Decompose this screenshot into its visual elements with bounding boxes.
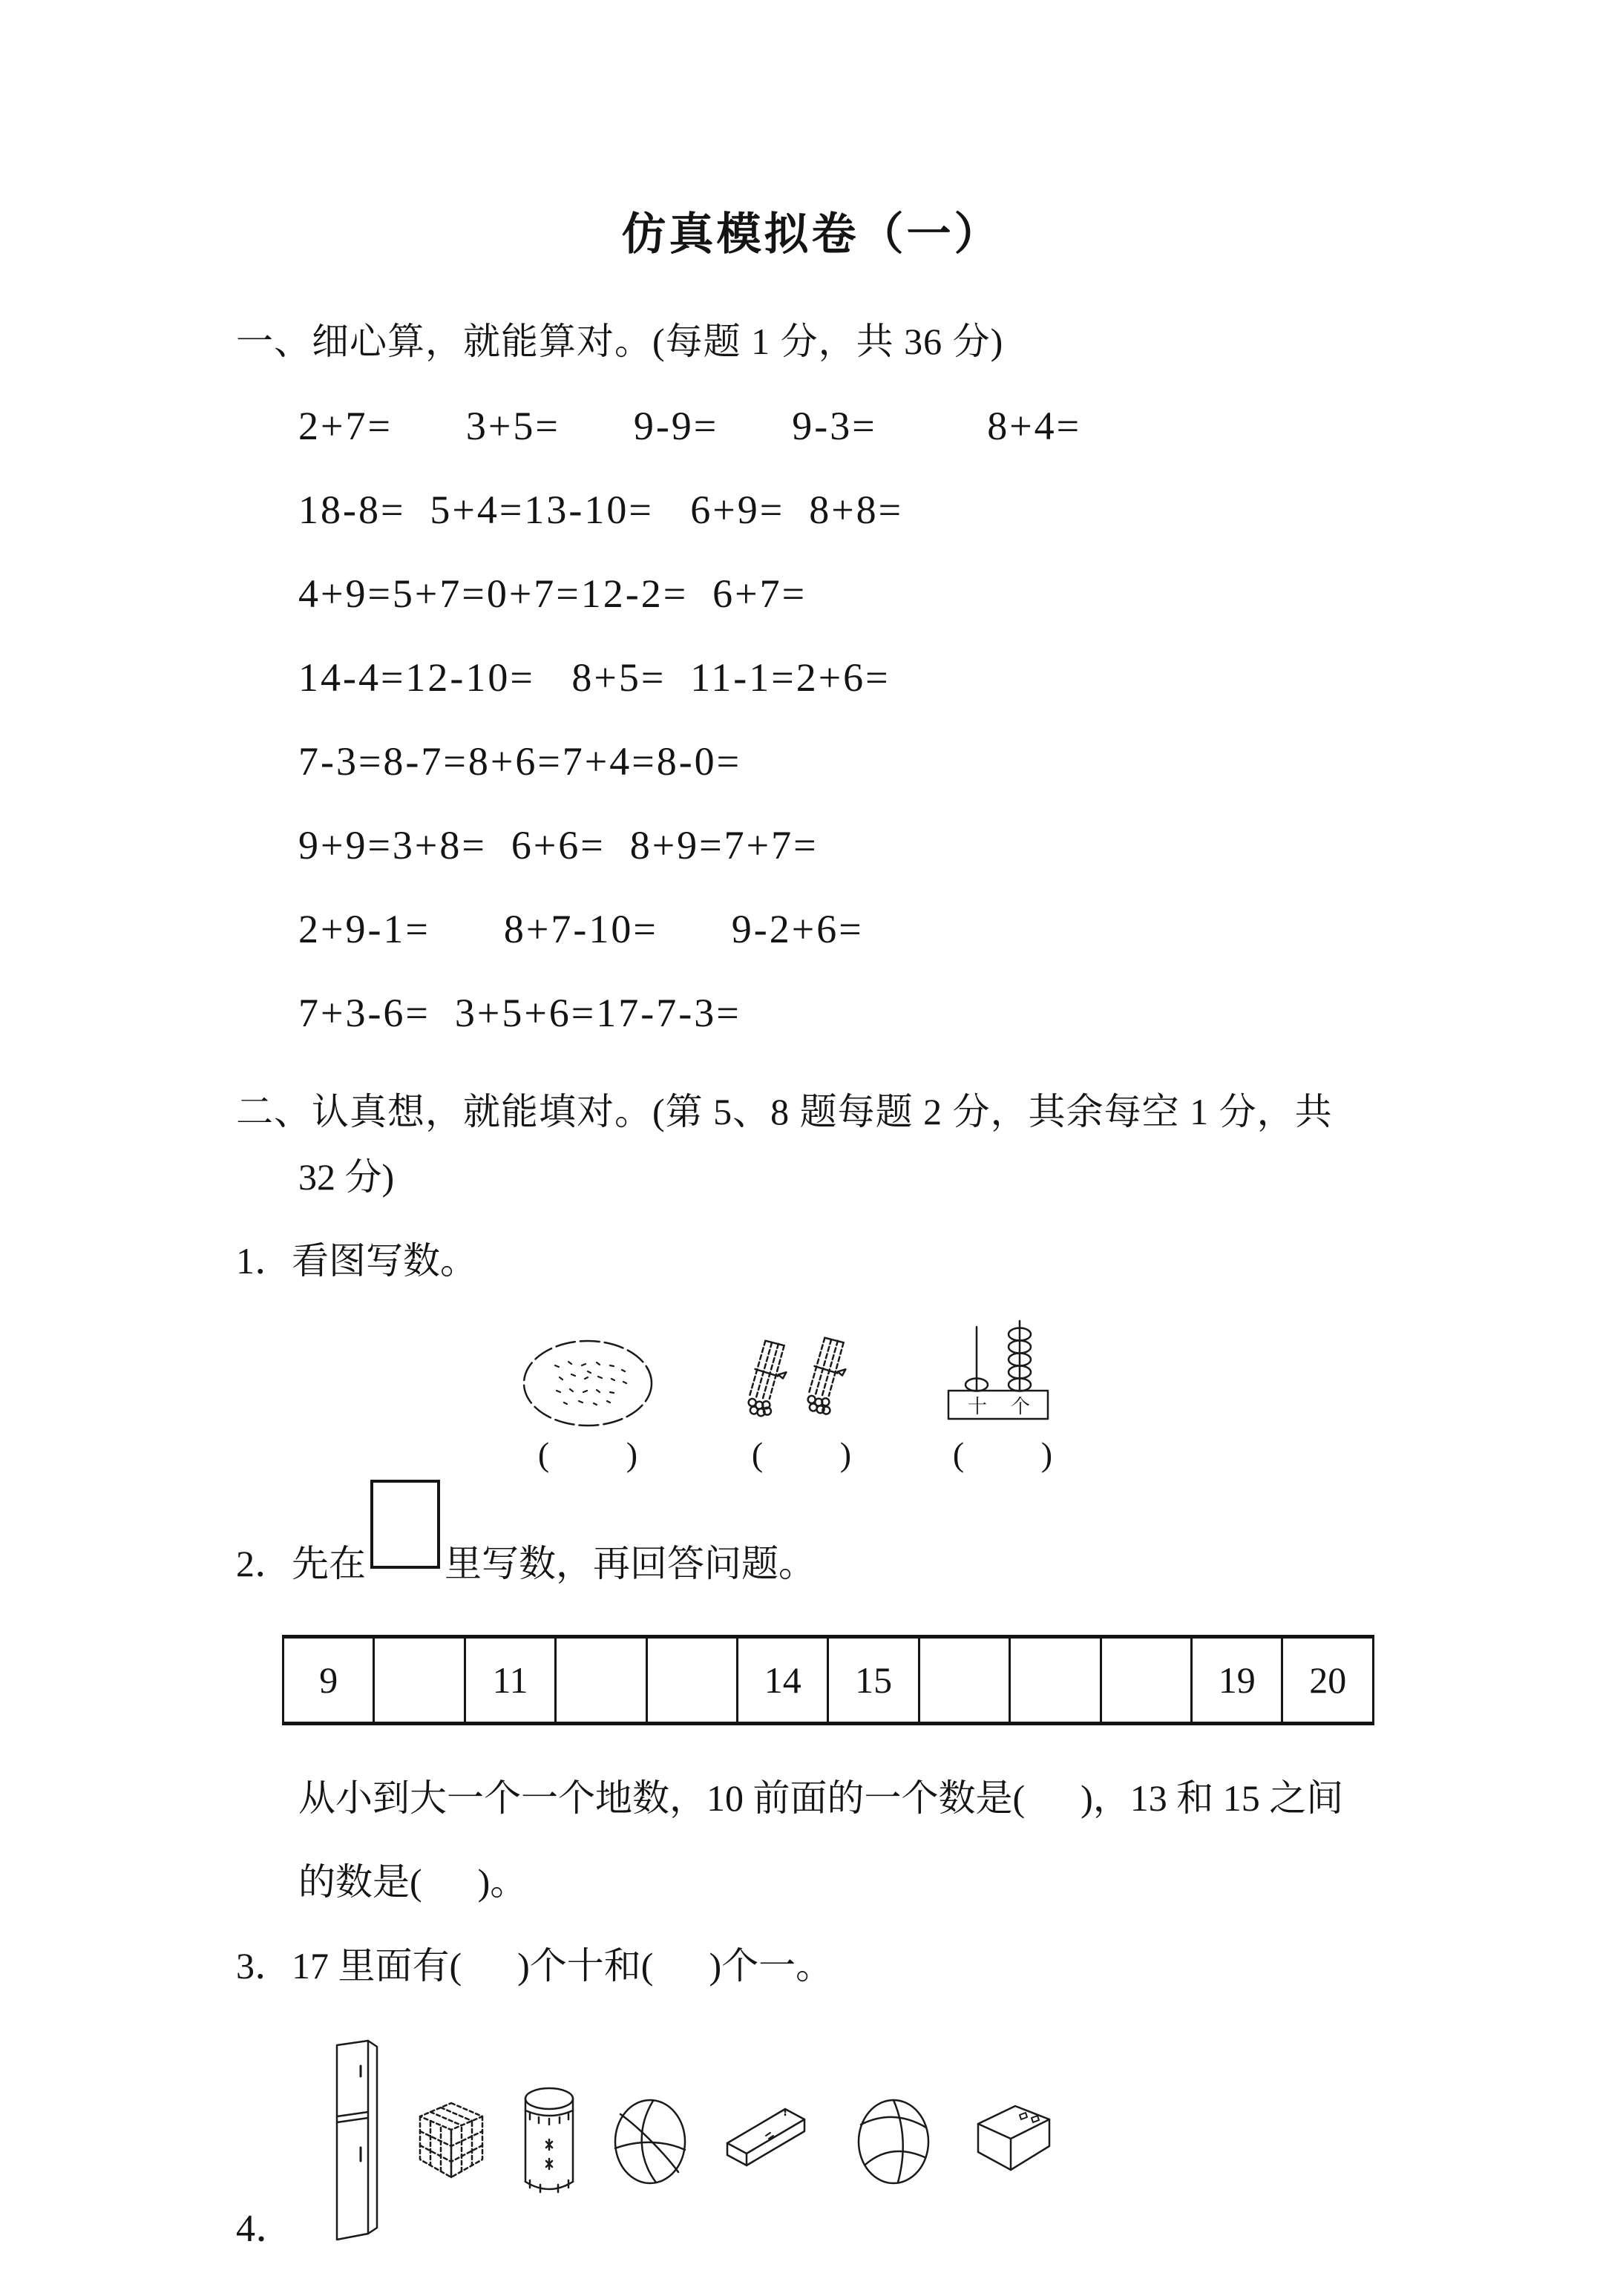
counting-oval-figure: ( ) — [519, 1337, 656, 1475]
answer-parens: ( ) — [538, 1434, 637, 1475]
write-number-box — [370, 1480, 440, 1569]
answer-parens: ( ) — [752, 1434, 851, 1475]
arith-row: 7+3-6= 3+5+6=17-7-3= — [298, 971, 1623, 1055]
item2-question-line2: 的数是( )。 — [298, 1840, 1623, 1924]
item2-prefix: 2．先在 — [236, 1543, 366, 1584]
number-cell — [1010, 1637, 1101, 1724]
stick-bundles-figure: ( ) — [742, 1336, 861, 1475]
number-cell: 19 — [1192, 1637, 1282, 1724]
arith-row: 18-8= 5+4=13-10= 6+9= 8+8= — [298, 468, 1623, 552]
number-cell — [1101, 1637, 1191, 1724]
item4-label: 4． — [236, 2205, 294, 2253]
number-cell: 11 — [465, 1637, 555, 1724]
ones-label: 个 — [1011, 1396, 1030, 1417]
arith-row: 4+9=5+7=0+7=12-2= 6+7= — [298, 552, 1623, 636]
section2-heading: 二、认真想，就能填对。(第 5、8 题每题 2 分，其余每空 1 分，共 — [236, 1082, 1623, 1135]
tens-label: 十 — [968, 1396, 987, 1417]
rubik-cube-icon — [416, 2100, 487, 2183]
box-icon — [965, 2100, 1057, 2183]
can-icon — [519, 2085, 579, 2198]
abacus-icon: 十 个 — [947, 1319, 1058, 1431]
abacus-figure: 十 个 ( ) — [947, 1319, 1058, 1475]
cuboid-icon — [721, 2100, 822, 2183]
number-cell — [919, 1637, 1009, 1724]
arith-row: 14-4=12-10= 8+5= 11-1=2+6= — [298, 636, 1623, 720]
section2-heading-line2: 32 分) — [298, 1135, 1623, 1219]
number-cell — [374, 1637, 465, 1724]
arithmetic-problems: 2+7= 3+5= 9-9= 9-3= 8+4= 18-8= 5+4=13-10… — [298, 384, 1623, 1055]
number-cell — [646, 1637, 737, 1724]
number-cell: 14 — [738, 1637, 828, 1724]
exam-paper-page: 仿真模拟卷（一） 一、细心算，就能算对。(每题 1 分，共 36 分) 2+7=… — [0, 0, 1623, 2296]
number-cell: 15 — [828, 1637, 919, 1724]
volleyball-icon — [855, 2096, 932, 2187]
answer-parens: ( ) — [953, 1434, 1052, 1475]
arith-row: 2+9-1= 8+7-10= 9-2+6= — [298, 888, 1623, 971]
page-title: 仿真模拟卷（一） — [0, 0, 1623, 263]
item4-objects-row: 4． — [236, 2030, 1623, 2253]
item2-suffix: 里写数，再回答问题。 — [445, 1543, 816, 1584]
arith-row: 7-3=8-7=8+6=7+4=8-0= — [298, 720, 1623, 804]
item3-label: 3．17 里面有( )个十和( )个一。 — [236, 1924, 1623, 2008]
refrigerator-icon — [331, 2036, 383, 2247]
counting-oval-icon — [519, 1337, 656, 1431]
item2-label: 2．先在里写数，再回答问题。 — [236, 1500, 1623, 1601]
section1-heading: 一、细心算，就能算对。(每题 1 分，共 36 分) — [236, 312, 1623, 365]
number-cell — [556, 1637, 646, 1724]
basketball-icon — [612, 2096, 689, 2187]
number-sequence-table: 9 11 14 15 19 20 — [282, 1635, 1374, 1725]
item1-label: 1．看图写数。 — [236, 1219, 1623, 1303]
arith-row: 2+7= 3+5= 9-9= 9-3= 8+4= — [298, 384, 1623, 468]
arith-row: 9+9=3+8= 6+6= 8+9=7+7= — [298, 804, 1623, 888]
stick-bundles-icon — [742, 1336, 861, 1431]
item2-question-line1: 从小到大一个一个地数，10 前面的一个数是( )，13 和 15 之间 — [298, 1757, 1623, 1840]
number-cell: 20 — [1282, 1637, 1374, 1724]
table-row: 9 11 14 15 19 20 — [283, 1637, 1374, 1724]
number-cell: 9 — [283, 1637, 374, 1724]
item1-figures: ( ) ( ) — [519, 1313, 1623, 1475]
